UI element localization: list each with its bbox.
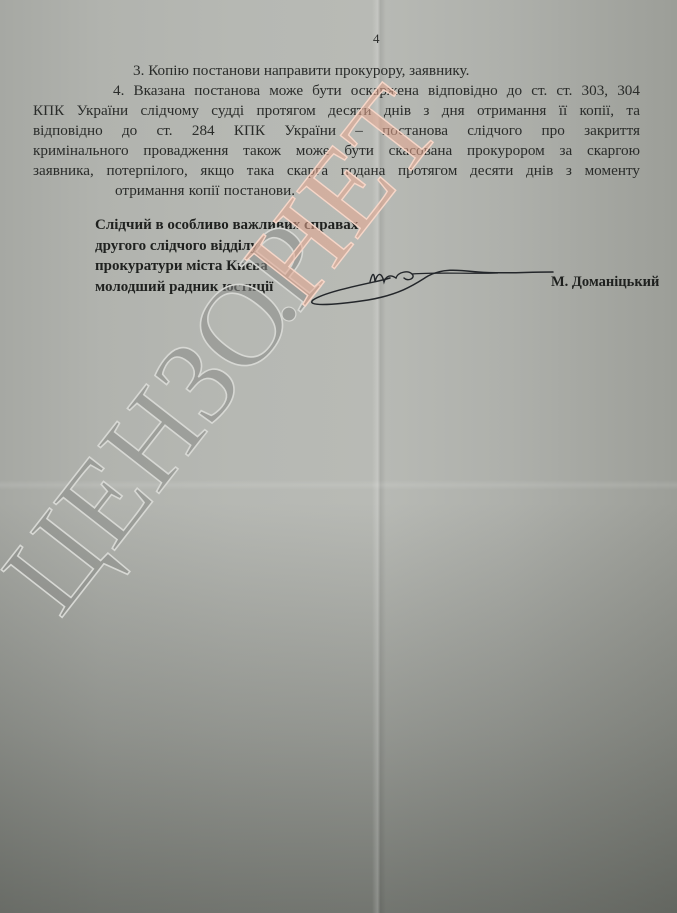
position-line: другого слідчого відділу: [95, 236, 358, 257]
paragraph-line: 4. Вказана постанова може бути оскаржена…: [33, 81, 640, 101]
position-line: Слідчий в особливо важливих справах: [95, 215, 358, 236]
handwritten-signature-icon: [308, 260, 558, 310]
paragraph-line: 3. Копію постанови направити прокурору, …: [133, 62, 469, 79]
paragraph-line: відповідно до ст. 284 КПК України – пост…: [33, 121, 640, 141]
paragraph-line: заявника, потерпілого, якщо така скарга …: [33, 161, 640, 181]
paragraph-item-3: 3. Копію постанови направити прокурору, …: [35, 61, 640, 81]
paragraph-item-4: 4. Вказана постанова може бути оскаржена…: [33, 81, 640, 201]
paper-fold-horizontal: [0, 480, 677, 490]
paragraph-line: отримання копії постанови.: [33, 181, 640, 201]
paragraph-line: КПК України слідчому судді протягом деся…: [33, 101, 640, 121]
signer-name: М. Доманіцький: [551, 272, 659, 292]
page-number: 4: [373, 29, 380, 49]
paragraph-line: кримінального провадження також може бут…: [33, 141, 640, 161]
